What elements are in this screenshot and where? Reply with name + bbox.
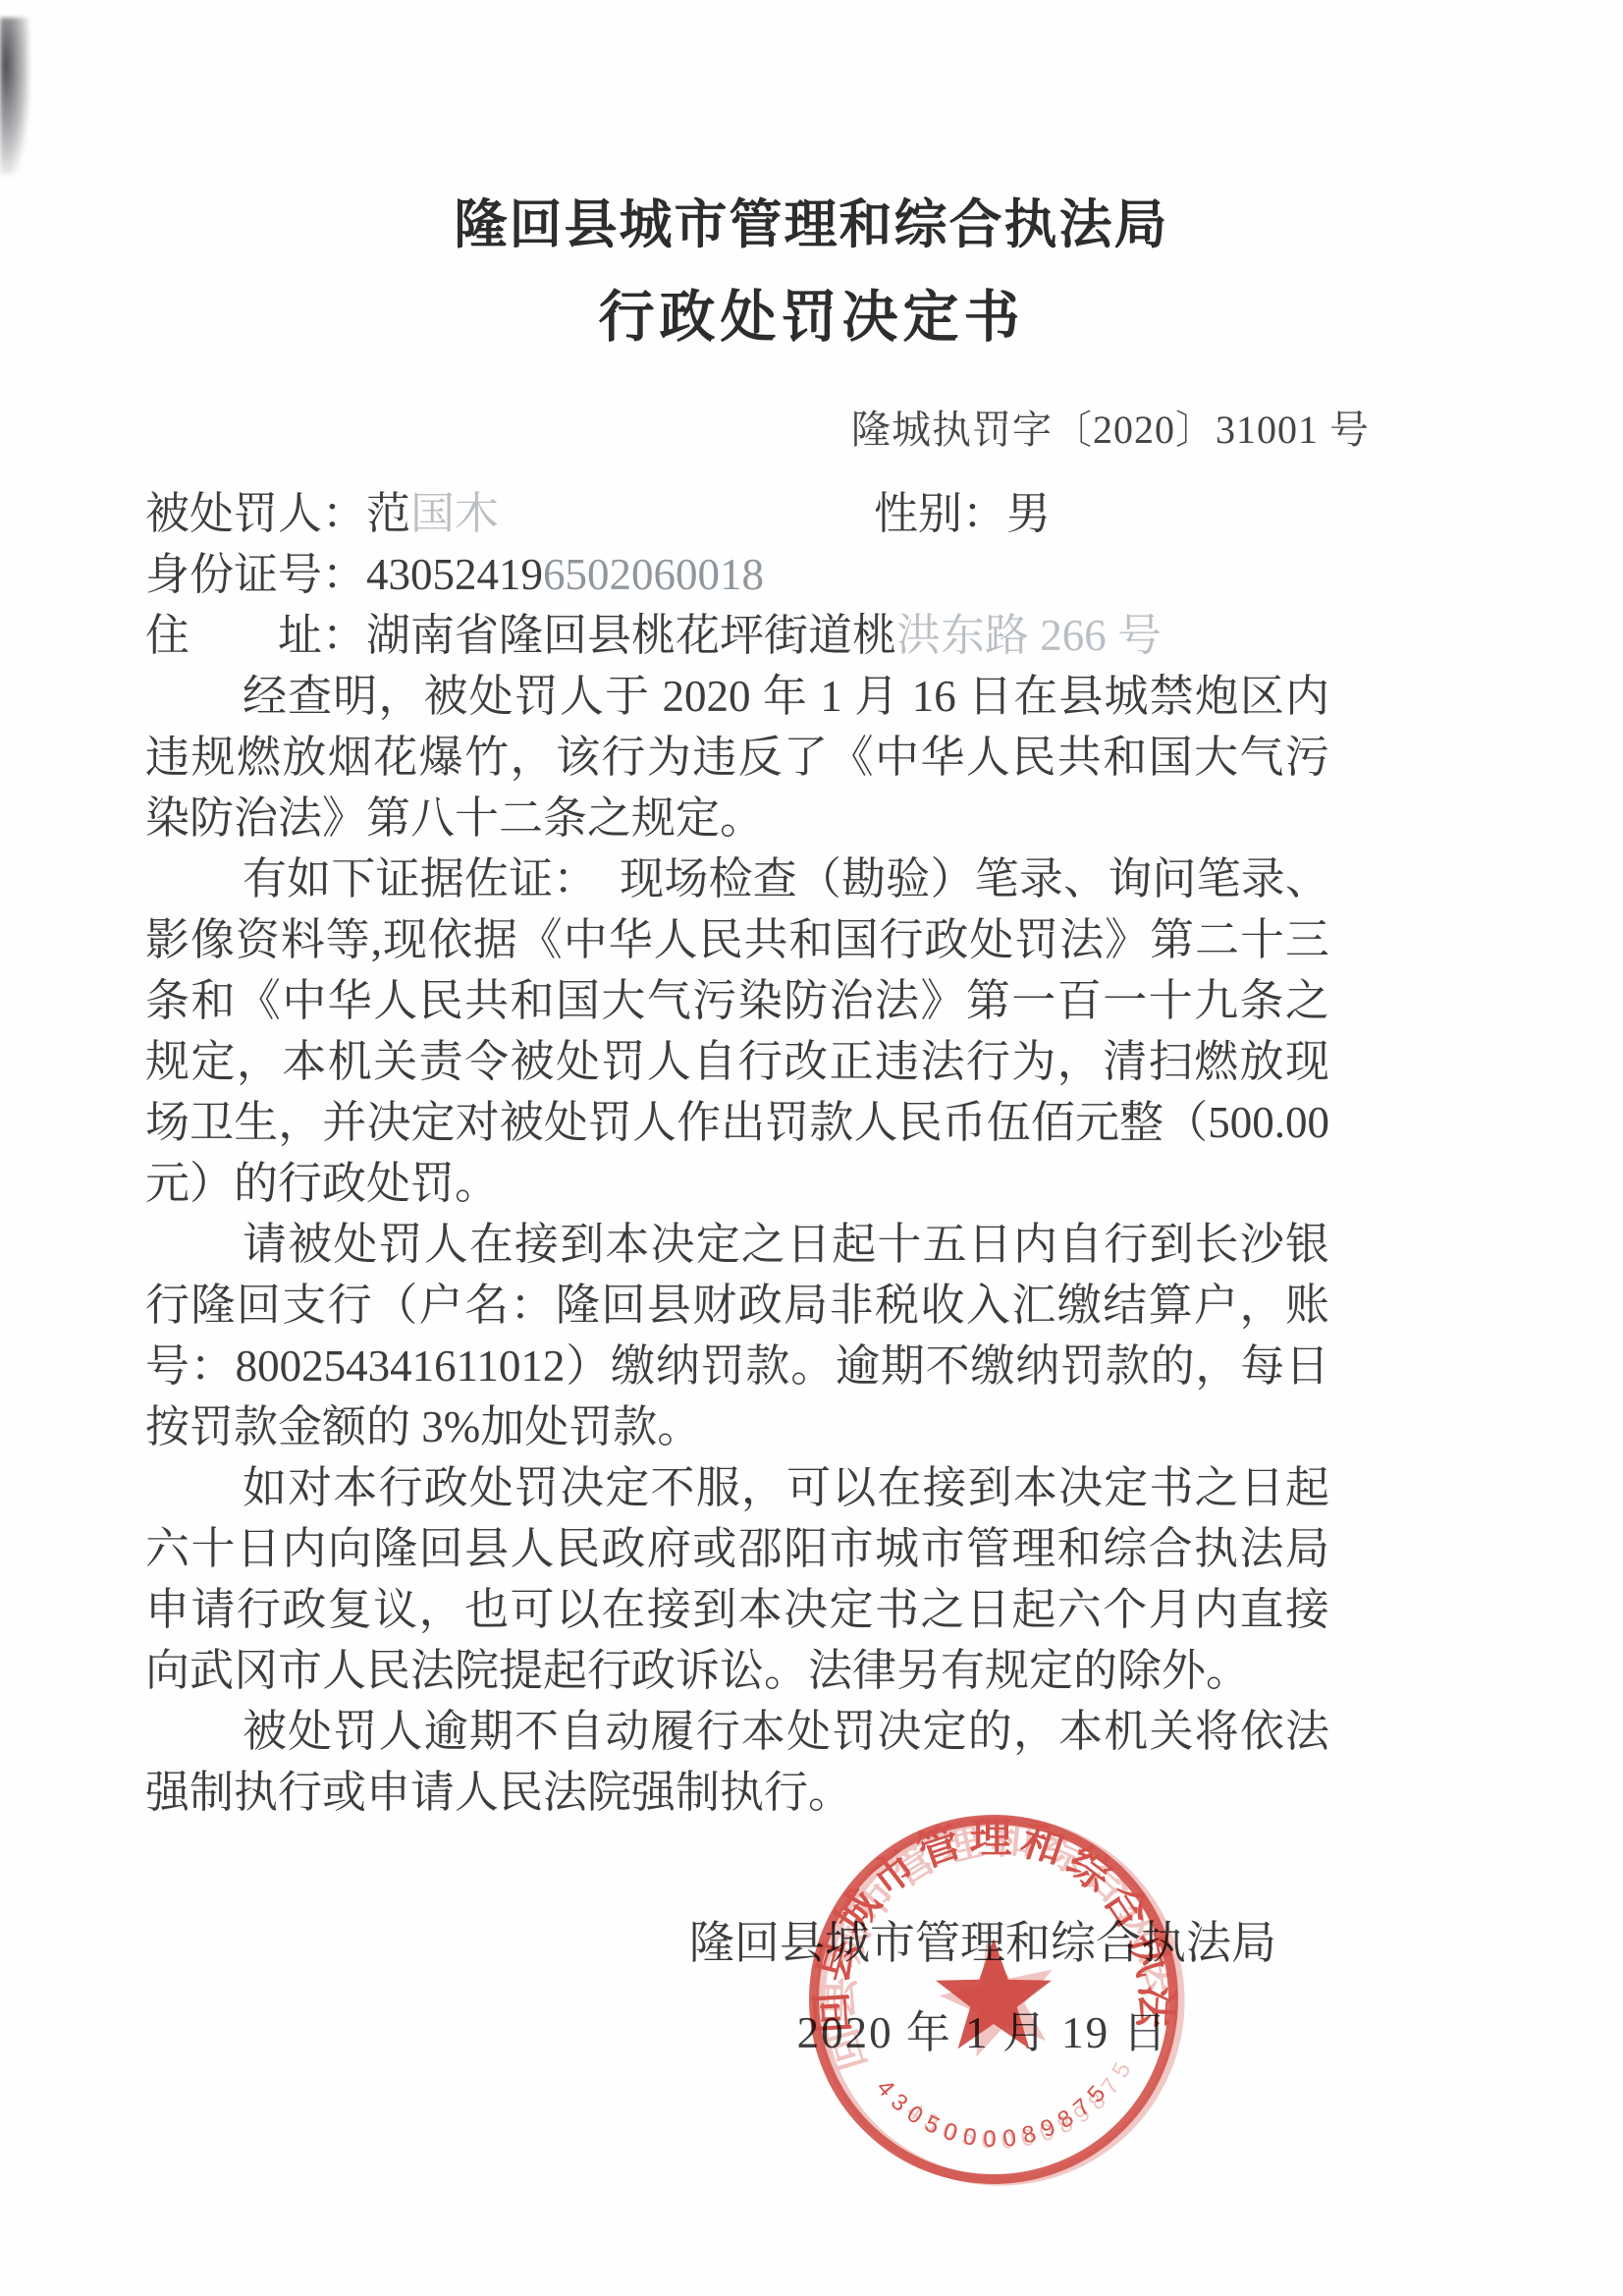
seal-ghost-impression [797,1803,1190,2196]
document-body: 被处罚人：范国木 性别：男 身份证号：430524196502060018 住 … [145,483,1329,1823]
scanned-penalty-decision-document: { "document": { "org_title": "隆回县城市管理和综合… [0,0,1623,2296]
paragraph-appeal-rights: 如对本行政处罚决定不服，可以在接到本决定书之日起六十日内向隆回县人民政府或邵阳市… [145,1457,1329,1701]
document-type-title: 行政处罚决定书 [0,272,1623,353]
address-value: 湖南省隆回县桃花坪街道桃 [366,611,896,660]
issuing-authority-title: 隆回县城市管理和综合执法局 [0,183,1623,258]
scan-smudge-artifact [0,18,29,175]
official-seal: 隆回县城市管理和综合执法局 4305000089875 [797,1803,1190,2196]
address-line: 住 址：湖南省隆回县桃花坪街道桃洪东路 266 号 [145,605,1329,666]
document-header: 隆回县城市管理和综合执法局 行政处罚决定书 [0,183,1623,353]
address-label: 住 址： [145,611,366,660]
recipient-name-line: 被处罚人：范国木 性别：男 [145,483,1329,544]
recipient-name-redacted: 国木 [410,489,499,538]
paragraph-evidence-and-penalty: 有如下证据佐证： 现场检查（勘验）笔录、询问笔录、影像资料等,现依据《中华人民共… [145,848,1329,1214]
id-label: 身份证号： [145,550,366,599]
gender-label: 性别： [874,489,1006,538]
id-value: 43052419 [366,550,543,599]
paragraph-payment-instructions: 请被处罚人在接到本决定之日起十五日内自行到长沙银行隆回支行（户名：隆回县财政局非… [145,1214,1329,1457]
paragraph-findings: 经查明，被处罚人于 2020 年 1 月 16 日在县城禁炮区内违规燃放烟花爆竹… [145,666,1329,848]
gender-value: 男 [1006,489,1051,538]
gender-group: 性别：男 [874,483,1051,544]
id-value-faded: 6502060018 [543,550,764,599]
recipient-name-label: 被处罚人： [145,489,366,538]
recipient-name-value: 范 [366,489,410,538]
document-reference-number: 隆城执罚字〔2020〕31001 号 [851,399,1370,455]
address-value-faded: 洪东路 266 号 [896,611,1162,660]
id-number-line: 身份证号：430524196502060018 [145,544,1329,605]
